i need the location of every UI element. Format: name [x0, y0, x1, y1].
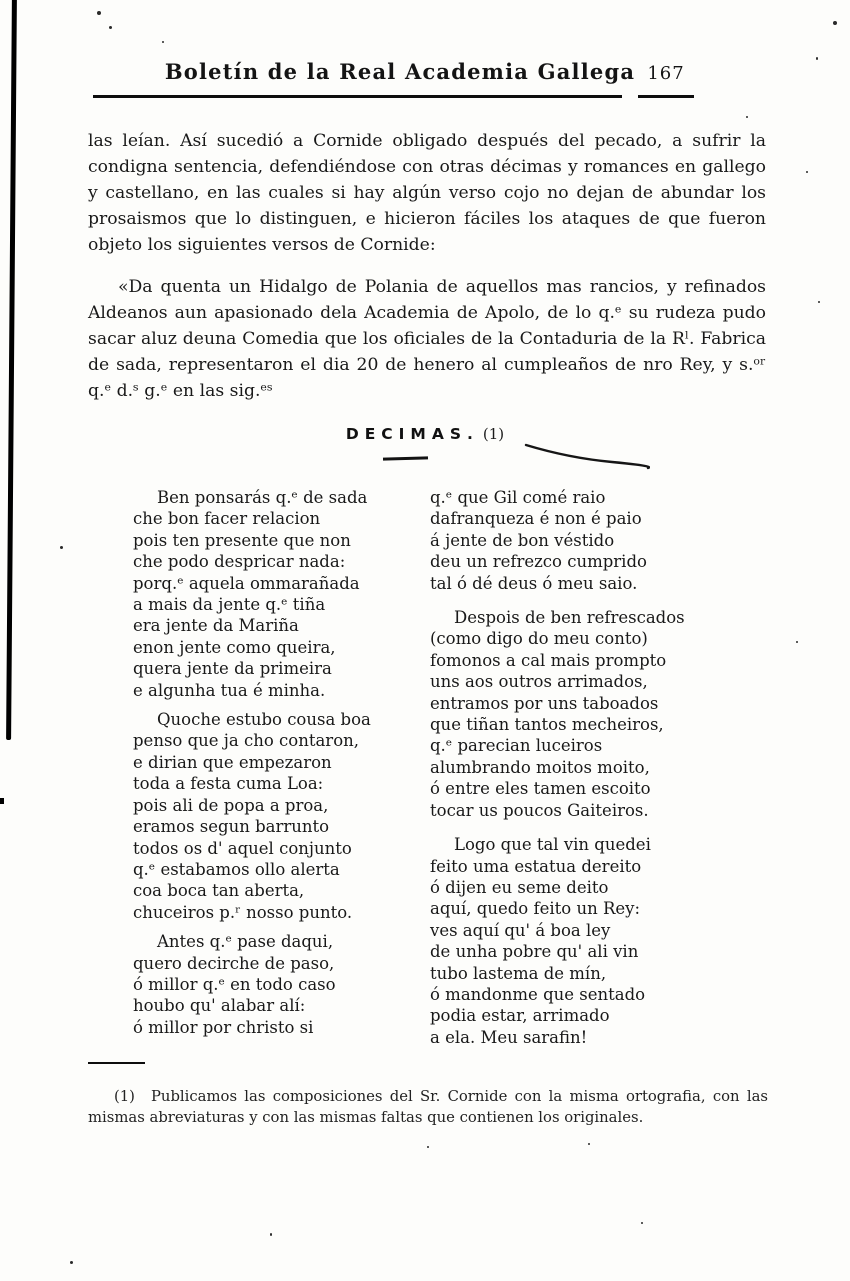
scan-speck — [70, 1261, 73, 1264]
body-paragraph-1: las leían. Así sucedió a Cornide obligad… — [88, 128, 766, 258]
footnote-marker: (1) — [114, 1088, 135, 1105]
verse-line: entramos por uns taboados — [430, 693, 750, 714]
verse-line: ó millor por christo si — [133, 1017, 423, 1038]
verse-line: todos os d' aquel conjunto — [133, 838, 423, 859]
verse-line: era jente da Mariña — [133, 615, 423, 636]
scan-speck — [109, 26, 112, 29]
verse-line: de unha pobre qu' ali vin — [430, 941, 750, 962]
verse-line: toda a festa cuma Loa: — [133, 773, 423, 794]
verse-line: eramos segun barrunto — [133, 816, 423, 837]
scanned-document-page: Boletín de la Real Academia Gallega 167 … — [0, 0, 850, 1281]
page-number-rule — [638, 95, 694, 98]
scan-speck — [588, 1143, 590, 1145]
verse-line: quera jente da primeira — [133, 658, 423, 679]
verse-line: dafranqueza é non é paio — [430, 508, 750, 529]
journal-title: Boletín de la Real Academia Gallega — [120, 59, 680, 84]
verse-line: alumbrando moitos moito, — [430, 757, 750, 778]
footnote-reference: (1) — [483, 425, 504, 443]
scan-speck — [806, 171, 808, 173]
verse-line: q.ᵉ parecian luceiros — [430, 735, 750, 756]
verse-line: e algunha tua é minha. — [133, 680, 423, 701]
verse-line: coa boca tan aberta, — [133, 880, 423, 901]
verse-line: e dirian que empezaron — [133, 752, 423, 773]
footnote-text: Publicamos las composiciones del Sr. Cor… — [88, 1088, 768, 1127]
verse-line: che bon facer relacion — [133, 508, 423, 529]
verse-line: Ben ponsarás q.ᵉ de sada — [133, 487, 423, 508]
verse-line: porq.ᵉ aquela ommarañada — [133, 573, 423, 594]
stanza: Ben ponsarás q.ᵉ de sadache bon facer re… — [133, 487, 423, 701]
verse-line: aquí, quedo feito un Rey: — [430, 898, 750, 919]
section-title-text: DECIMAS. — [346, 425, 479, 443]
pen-stroke-mark — [524, 438, 650, 472]
footnote: (1)Publicamos las composiciones del Sr. … — [88, 1086, 768, 1129]
verse-line: pois ten presente que non — [133, 530, 423, 551]
verse-line: Despois de ben refrescados — [430, 607, 750, 628]
stanza: Logo que tal vin quedeifeito uma estatua… — [430, 834, 750, 1048]
verse-line: Quoche estubo cousa boa — [133, 709, 423, 730]
verse-line: fomonos a cal mais prompto — [430, 650, 750, 671]
scan-speck — [162, 41, 164, 43]
verse-line: ó mandonme que sentado — [430, 984, 750, 1005]
verse-line: uns aos outros arrimados, — [430, 671, 750, 692]
scan-speck — [833, 21, 837, 25]
verse-line: quero decirche de paso, — [133, 953, 423, 974]
scan-speck — [427, 1146, 429, 1148]
verse-line: che podo despricar nada: — [133, 551, 423, 572]
header-rule — [93, 95, 622, 98]
verse-line: ó millor q.ᵉ en todo caso — [133, 974, 423, 995]
section-title-underline — [383, 456, 428, 460]
verse-line: tocar us poucos Gaiteiros. — [430, 800, 750, 821]
verse-line: penso que ja cho contaron, — [133, 730, 423, 751]
scan-speck — [816, 57, 818, 60]
scan-speck — [746, 116, 748, 118]
scan-edge-mark — [0, 798, 4, 804]
verse-line: a mais da jente q.ᵉ tiña — [133, 594, 423, 615]
scan-speck — [60, 546, 63, 549]
footnote-rule — [88, 1062, 145, 1064]
verse-line: a ela. Meu sarafin! — [430, 1027, 750, 1048]
verse-line: enon jente como queira, — [133, 637, 423, 658]
stanza: q.ᵉ que Gil comé raiodafranqueza é non é… — [430, 487, 750, 594]
verse-line: ó entre eles tamen escoito — [430, 778, 750, 799]
verse-line: chuceiros p.ʳ nosso punto. — [133, 902, 423, 923]
verse-line: tubo lastema de mín, — [430, 963, 750, 984]
poem-column-left: Ben ponsarás q.ᵉ de sadache bon facer re… — [133, 487, 423, 1046]
scan-speck — [270, 1233, 272, 1236]
scan-speck — [641, 1222, 643, 1224]
verse-line: q.ᵉ estabamos ollo alerta — [133, 859, 423, 880]
page-number: 167 — [638, 63, 694, 84]
stanza: Despois de ben refrescados(como digo do … — [430, 607, 750, 821]
section-title: DECIMAS.(1) — [290, 424, 560, 443]
verse-line: á jente de bon véstido — [430, 530, 750, 551]
verse-line: q.ᵉ que Gil comé raio — [430, 487, 750, 508]
verse-line: feito uma estatua dereito — [430, 856, 750, 877]
stanza: Quoche estubo cousa boapenso que ja cho … — [133, 709, 423, 923]
verse-line: ó dijen eu seme deito — [430, 877, 750, 898]
verse-line: podia estar, arrimado — [430, 1005, 750, 1026]
verse-line: tal ó dé deus ó meu saio. — [430, 573, 750, 594]
verse-line: ves aquí qu' á boa ley — [430, 920, 750, 941]
verse-line: Logo que tal vin quedei — [430, 834, 750, 855]
verse-line: pois ali de popa a proa, — [133, 795, 423, 816]
verse-line: houbo qu' alabar alí: — [133, 995, 423, 1016]
body-paragraph-2: «Da quenta un Hidalgo de Polania de aque… — [88, 274, 766, 404]
scan-speck — [97, 11, 101, 15]
verse-line: que tiñan tantos mecheiros, — [430, 714, 750, 735]
scan-edge-bar — [6, 0, 17, 740]
verse-line: deu un refrezco cumprido — [430, 551, 750, 572]
verse-line: (como digo do meu conto) — [430, 628, 750, 649]
scan-speck — [818, 301, 820, 303]
poem-column-right: q.ᵉ que Gil comé raiodafranqueza é non é… — [430, 487, 750, 1061]
verse-line: Antes q.ᵉ pase daqui, — [133, 931, 423, 952]
scan-speck — [796, 641, 798, 643]
stanza: Antes q.ᵉ pase daqui,quero decirche de p… — [133, 931, 423, 1038]
